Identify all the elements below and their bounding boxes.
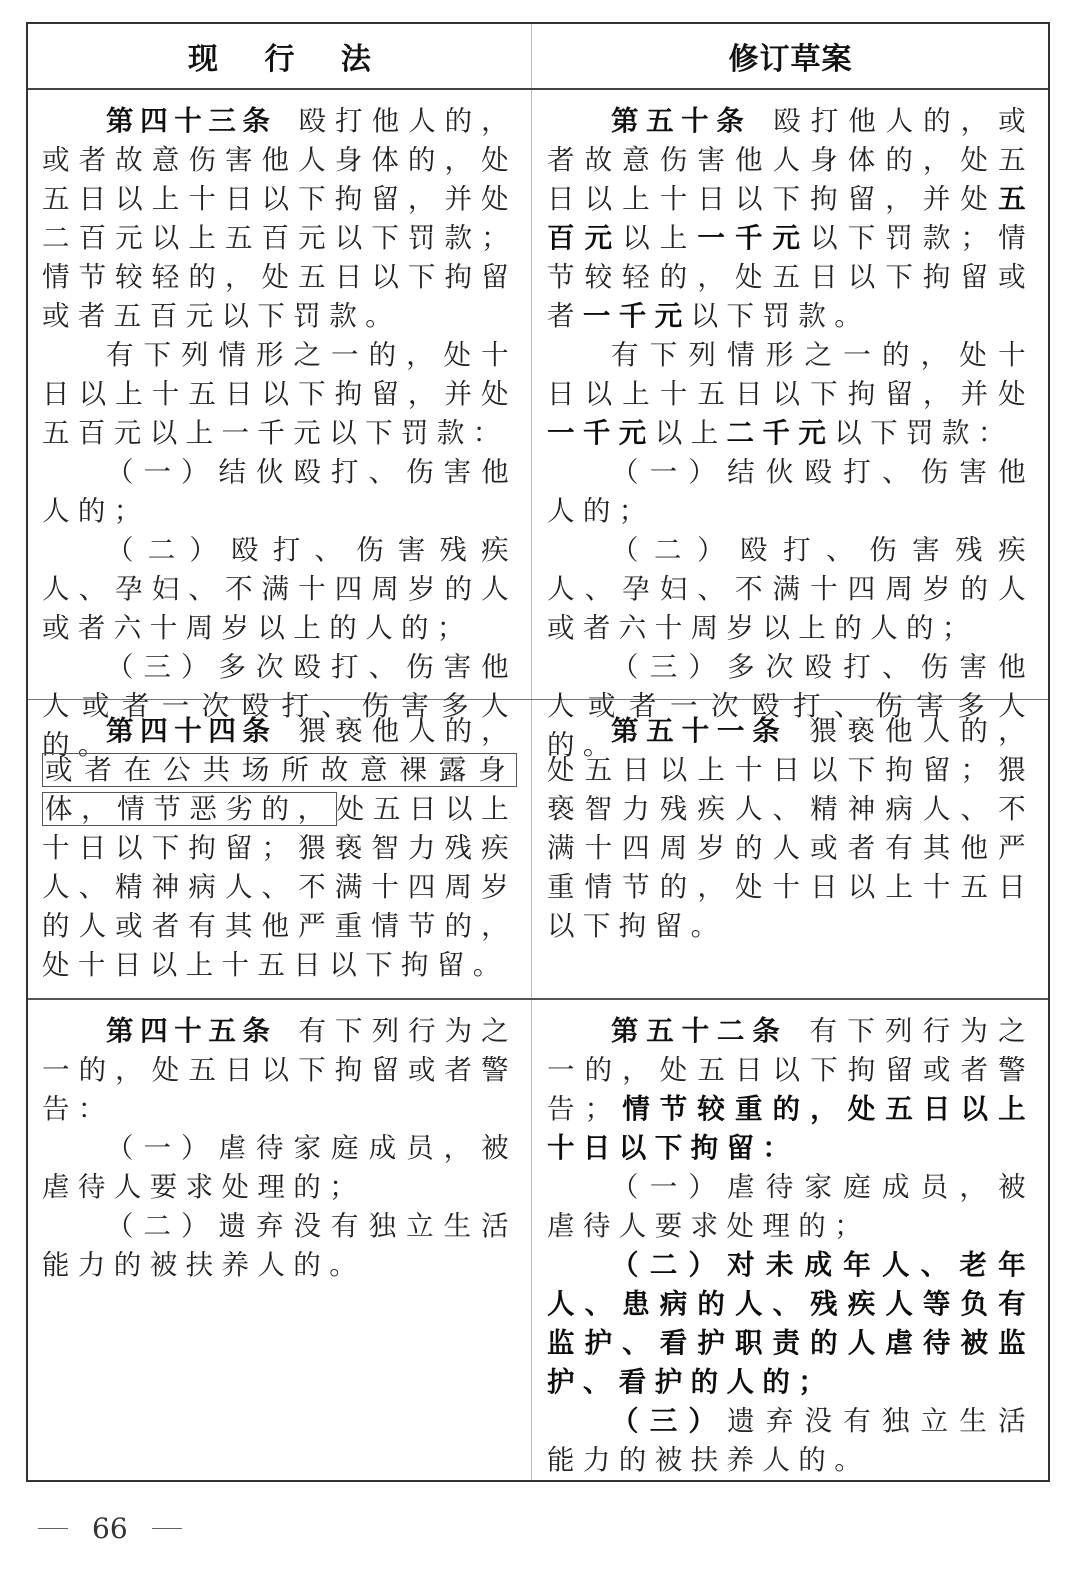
body-text: 有下列情形之一的，处十日以上十五日以下拘留，并处五百元以上一千元以下罚款：: [42, 339, 517, 449]
table-row: 第四十五条有下列行为之一的，处五日以下拘留或者警告：（一）虐待家庭成员，被虐待人…: [28, 1000, 1048, 1480]
cell-revised-draft: 第五十二条有下列行为之一的，处五日以下拘留或者警告；情节较重的，处五日以上十日以…: [533, 1000, 1048, 1480]
article-number: 第四十四条: [106, 715, 277, 747]
cell-current-law: 第四十三条殴打他人的，或者故意伤害他人身体的，处五日以上十日以下拘留，并处二百元…: [28, 90, 531, 699]
article-number: 第四十五条: [106, 1015, 277, 1047]
body-text: 以上: [655, 417, 727, 449]
amended-text: （三）: [611, 1405, 727, 1437]
body-text: 以下罚款：: [834, 417, 1014, 449]
table-row: 第四十四条猥亵他人的，或者在公共场所故意裸露身体，情节恶劣的，处五日以上十日以下…: [28, 700, 1048, 1000]
dash-decoration: [152, 1528, 182, 1529]
clause-paragraph: （一）虐待家庭成员，被虐待人要求处理的；: [42, 1129, 517, 1207]
body-text: 猥亵他人的，处五日以上十日以下拘留；猥亵智力残疾人、精神病人、不满十四周岁的人或…: [547, 715, 1034, 942]
article-number: 第五十条: [611, 105, 751, 137]
clause-paragraph: （三）遗弃没有独立生活能力的被扶养人的。: [547, 1402, 1034, 1480]
body-text: （一）虐待家庭成员，被虐待人要求处理的；: [42, 1132, 517, 1203]
clause-paragraph: （二）对未成年人、老年人、患病的人、残疾人等负有监护、看护职责的人虐待被监护、看…: [547, 1246, 1034, 1402]
amended-text: 二千元: [727, 417, 835, 449]
clause-paragraph: （一）虐待家庭成员，被虐待人要求处理的；: [547, 1168, 1034, 1246]
body-text: （二）遗弃没有独立生活能力的被扶养人的。: [42, 1210, 517, 1281]
cell-current-law: 第四十五条有下列行为之一的，处五日以下拘留或者警告：（一）虐待家庭成员，被虐待人…: [28, 1000, 531, 1480]
header-revised-draft: 修订草案: [533, 24, 1048, 88]
body-text: 有下列情形之一的，处十日以上十五日以下拘留，并处: [547, 339, 1034, 410]
amended-text: 一千元: [547, 417, 655, 449]
comparison-table: 现 行 法 修订草案 第四十三条殴打他人的，或者故意伤害他人身体的，处五日以上十…: [26, 22, 1050, 1482]
body-text: （一）结伙殴打、伤害他人的；: [547, 456, 1034, 527]
clause-paragraph: 有下列情形之一的，处十日以上十五日以下拘留，并处一千元以上二千元以下罚款：: [547, 336, 1034, 453]
table-header-row: 现 行 法 修订草案: [28, 24, 1048, 90]
clause-paragraph: （二）殴打、伤害残疾人、孕妇、不满十四周岁的人或者六十周岁以上的人的；: [547, 531, 1034, 648]
article-paragraph: 第四十四条猥亵他人的，或者在公共场所故意裸露身体，情节恶劣的，处五日以上十日以下…: [42, 712, 517, 985]
body-text: （一）虐待家庭成员，被虐待人要求处理的；: [547, 1171, 1034, 1242]
amended-text: 情节较重的，处五日以上十日以下拘留：: [547, 1093, 1034, 1164]
amended-text: 一千元: [583, 300, 691, 332]
article-number: 第四十三条: [106, 105, 277, 137]
page-number: 66: [92, 1512, 128, 1545]
header-current-law: 现 行 法: [28, 24, 531, 88]
article-paragraph: 第四十五条有下列行为之一的，处五日以下拘留或者警告：: [42, 1012, 517, 1129]
clause-paragraph: （一）结伙殴打、伤害他人的；: [547, 453, 1034, 531]
table-row: 第四十三条殴打他人的，或者故意伤害他人身体的，处五日以上十日以下拘留，并处二百元…: [28, 90, 1048, 700]
body-text: 猥亵他人的，: [299, 715, 517, 747]
header-current-law-label: 现 行 法: [188, 34, 389, 78]
article-paragraph: 第四十三条殴打他人的，或者故意伤害他人身体的，处五日以上十日以下拘留，并处二百元…: [42, 102, 517, 336]
body-text: 殴打他人的，或者故意伤害他人身体的，处五日以上十日以下拘留，并处二百元以上五百元…: [42, 105, 517, 332]
cell-revised-draft: 第五十一条猥亵他人的，处五日以上十日以下拘留；猥亵智力残疾人、精神病人、不满十四…: [533, 700, 1048, 998]
article-number: 第五十二条: [611, 1015, 788, 1047]
header-revised-draft-label: 修订草案: [729, 34, 853, 78]
dash-decoration: [38, 1528, 68, 1529]
article-paragraph: 第五十条殴打他人的，或者故意伤害他人身体的，处五日以上十日以下拘留，并处五百元以…: [547, 102, 1034, 336]
clause-paragraph: （二）殴打、伤害残疾人、孕妇、不满十四周岁的人或者六十周岁以上的人的；: [42, 531, 517, 648]
clause-paragraph: 有下列情形之一的，处十日以上十五日以下拘留，并处五百元以上一千元以下罚款：: [42, 336, 517, 453]
cell-revised-draft: 第五十条殴打他人的，或者故意伤害他人身体的，处五日以上十日以下拘留，并处五百元以…: [533, 90, 1048, 699]
amended-text: 一千元: [697, 222, 810, 254]
article-paragraph: 第五十一条猥亵他人的，处五日以上十日以下拘留；猥亵智力残疾人、精神病人、不满十四…: [547, 712, 1034, 946]
document-page: 现 行 法 修订草案 第四十三条殴打他人的，或者故意伤害他人身体的，处五日以上十…: [0, 0, 1080, 1596]
body-text: 以上: [622, 222, 697, 254]
amended-text: （二）对未成年人、老年人、患病的人、残疾人等负有监护、看护职责的人虐待被监护、看…: [547, 1249, 1034, 1398]
body-text: （一）结伙殴打、伤害他人的；: [42, 456, 517, 527]
cell-current-law: 第四十四条猥亵他人的，或者在公共场所故意裸露身体，情节恶劣的，处五日以上十日以下…: [28, 700, 531, 998]
body-text: （二）殴打、伤害残疾人、孕妇、不满十四周岁的人或者六十周岁以上的人的；: [42, 534, 517, 644]
body-text: （二）殴打、伤害残疾人、孕妇、不满十四周岁的人或者六十周岁以上的人的；: [547, 534, 1034, 644]
article-number: 第五十一条: [611, 715, 788, 747]
page-footer: 66: [38, 1512, 182, 1545]
clause-paragraph: （二）遗弃没有独立生活能力的被扶养人的。: [42, 1207, 517, 1285]
body-text: 以下罚款。: [691, 300, 871, 332]
clause-paragraph: （一）结伙殴打、伤害他人的；: [42, 453, 517, 531]
article-paragraph: 第五十二条有下列行为之一的，处五日以下拘留或者警告；情节较重的，处五日以上十日以…: [547, 1012, 1034, 1168]
